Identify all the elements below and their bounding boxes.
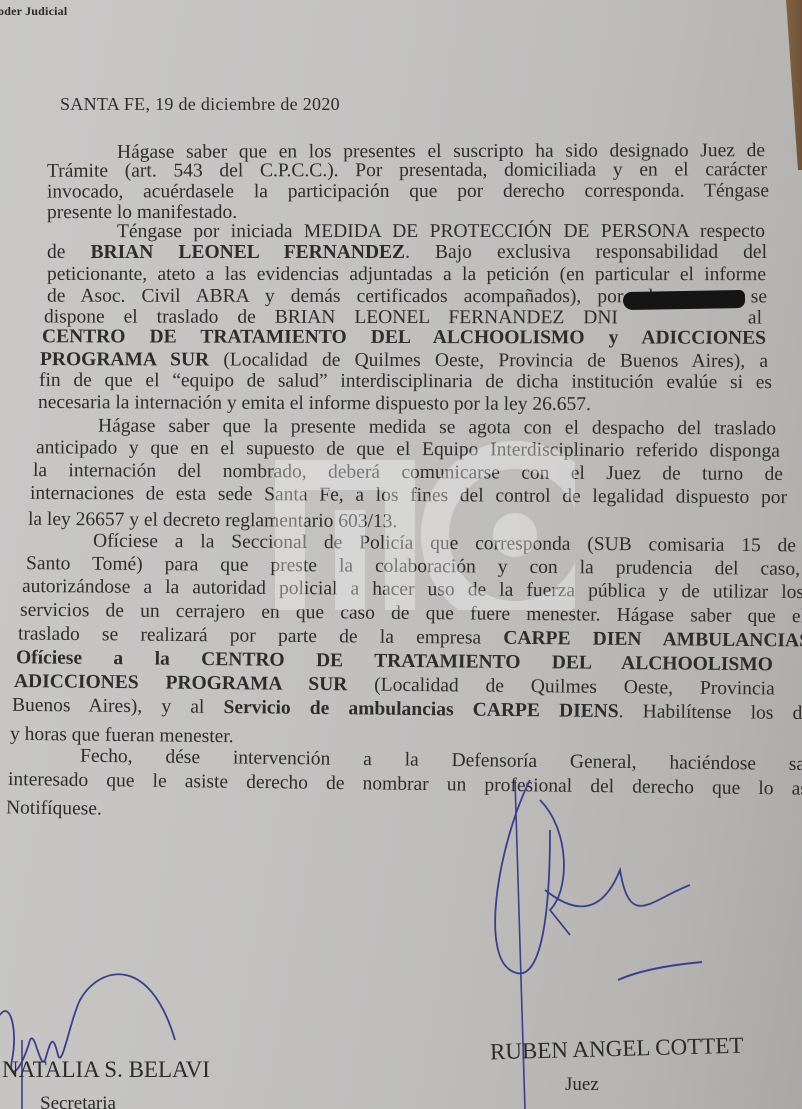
body-line: de BRIAN LEONEL FERNANDEZ. Bajo exclusiv… xyxy=(47,242,767,266)
text: Santo Tomé) para que preste la colaborac… xyxy=(26,553,800,580)
text: internaciones de esta sede Santa Fe, a l… xyxy=(30,483,787,508)
redaction-mark xyxy=(623,290,745,310)
text: (Localidad de Quilmes Oeste, Provincia d… xyxy=(347,674,802,700)
signatory-name-secretaria: NATALIA S. BELAVI xyxy=(2,1057,210,1083)
text: la ley 26657 y el decreto reglamentario … xyxy=(28,509,397,532)
body-line: CENTRO DE TRATAMIENTO DEL ALCHOOLISMO y … xyxy=(42,326,766,352)
text: . Habilítense los días xyxy=(619,701,802,724)
text: anticipado y que en el supuesto de que e… xyxy=(36,437,780,462)
text: Hágase saber que la presente medida se a… xyxy=(98,416,776,440)
text: invocado, acuérdasele la participación q… xyxy=(47,180,769,202)
signatory-role-juez: Juez xyxy=(565,1074,599,1096)
body-line: Notifíquese. xyxy=(6,797,102,820)
text: traslado se realizará por parte de la em… xyxy=(18,623,503,648)
text: peticionante, ateto a las evidencias adj… xyxy=(47,264,766,285)
bold-text: PROGRAMA SUR xyxy=(40,349,209,370)
text: la internación del nombrado, deberá comu… xyxy=(33,460,783,485)
body-line: internaciones de esta sede Santa Fe, a l… xyxy=(30,483,787,511)
text: Téngase por iniciada MEDIDA DE PROTECCIÓ… xyxy=(117,221,765,242)
text: Trámite (art. 543 del C.P.C.C.). Por pre… xyxy=(47,159,767,182)
institution-header: oder Judicial xyxy=(0,4,67,19)
text: Ofíciese a la Seccional de Policía que c… xyxy=(93,531,796,557)
document-photo: oder Judicial SANTA FE, 19 de diciembre … xyxy=(0,0,802,1109)
text: dispone el traslado de BRIAN LEONEL FERN… xyxy=(44,306,618,328)
text: necesaria la internación y emita el info… xyxy=(38,392,591,415)
text: fin de que el “equipo de salud” interdis… xyxy=(39,370,772,393)
body-line: necesaria la internación y emita el info… xyxy=(38,392,591,416)
text: . Bajo exclusiva responsabilidad del xyxy=(405,242,767,263)
text: y horas que fueran menester. xyxy=(10,724,234,747)
text: (Localidad de Quilmes Oeste, Provincia d… xyxy=(209,349,768,371)
body-line: peticionante, ateto a las evidencias adj… xyxy=(47,264,766,288)
signatory-role-secretaria: Secretaria xyxy=(40,1093,116,1109)
date-line: SANTA FE, 19 de diciembre de 2020 xyxy=(60,94,340,115)
text: al xyxy=(748,308,762,329)
bold-text: BRIAN LEONEL FERNANDEZ xyxy=(91,242,406,263)
table-edge xyxy=(762,0,802,170)
body-line: y horas que fueran menester. xyxy=(10,724,234,748)
bold-text: CARPE DIEN AMBULANCIAS xyxy=(503,628,802,652)
bold-text: Servicio de ambulancias CARPE DIENS xyxy=(223,697,618,722)
bold-text: ADICCIONES PROGRAMA SUR xyxy=(14,671,348,695)
text: Buenos Aires), y al xyxy=(12,695,224,718)
signatory-name-juez: RUBEN ANGEL COTTET xyxy=(490,1033,744,1066)
signature-secretaria xyxy=(0,960,300,1109)
text: de xyxy=(47,242,91,263)
bold-text: CENTRO DE TRATAMIENTO DEL ALCHOOLISMO y … xyxy=(42,326,766,349)
text: presente lo manifestado. xyxy=(47,202,237,223)
body-line: la ley 26657 y el decreto reglamentario … xyxy=(28,509,397,533)
text: Notifíquese. xyxy=(6,797,102,819)
